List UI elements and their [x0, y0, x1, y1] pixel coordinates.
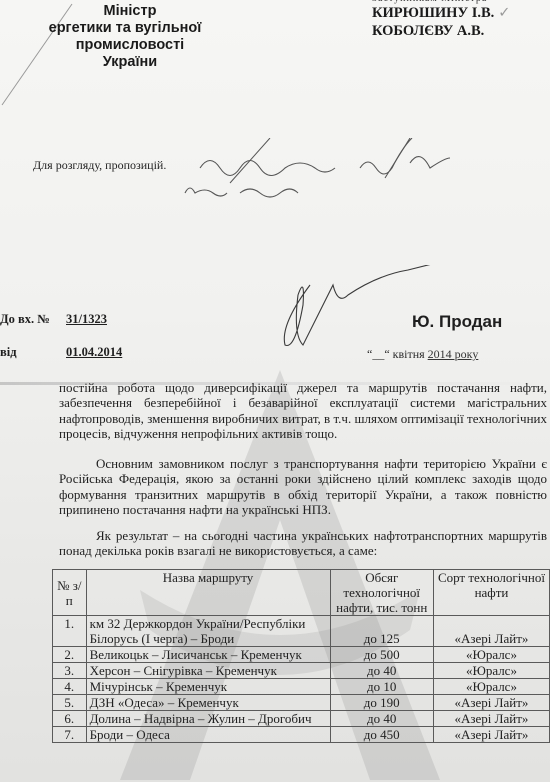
header-sort: Сорт технологічної нафти	[433, 570, 549, 616]
header-volume: Обсяг технологічної нафти, тис. тонн	[330, 570, 433, 616]
registration-ref: До вх. № 31/1323	[0, 312, 50, 327]
table-header-row: № з/п Назва маршруту Обсяг технологічної…	[53, 570, 550, 616]
ministry-line: України	[50, 54, 210, 71]
addressee-block: Заступникам Міністра КИРЮШИНУ І.В.✓ КОБО…	[372, 0, 510, 40]
header-name: Назва маршруту	[86, 570, 330, 616]
table-row: 4. Мічурінськ – Кременчук до 10 «Юралс»	[53, 679, 550, 695]
body-paragraph-2: Основним замовником послуг з транспортув…	[59, 456, 547, 517]
header-no: № з/п	[53, 570, 87, 616]
table-row: 5. ДЗН «Одеса» – Кременчук до 190 «Азері…	[53, 695, 550, 711]
ministry-header: Міністр ергетики та вугільної промислово…	[50, 3, 210, 71]
registration-date: від 01.04.2014	[0, 345, 17, 360]
handwritten-resolution-icon	[180, 138, 480, 208]
ministry-line: ергетики та вугільної	[40, 20, 210, 37]
ministry-line: Міністр	[50, 3, 210, 20]
table-row: 1. км 32 Держкордон України/Республіки Б…	[53, 616, 550, 647]
ref-label: До вх. №	[0, 312, 50, 326]
body-paragraph-3: Як результат – на сьогодні частина украї…	[59, 528, 547, 559]
document-page: Міністр ергетики та вугільної промислово…	[0, 0, 550, 782]
table-row: 6. Долина – Надвірна – Жулин – Дрогобич …	[53, 711, 550, 727]
date-label: від	[0, 345, 17, 359]
table-row: 2. Великоцьк – Лисичанськ – Кременчук до…	[53, 647, 550, 663]
addressee-name: КИРЮШИНУ І.В.✓	[372, 4, 510, 22]
table-row: 7. Броди – Одеса до 450 «Азері Лайт»	[53, 727, 550, 743]
signature-date: “__“ квітня 2014 року	[367, 347, 478, 362]
addressee-name: КОБОЛЄВУ А.В.	[372, 22, 510, 40]
body-paragraph-1: постійна робота щодо диверсифікації джер…	[59, 380, 547, 441]
signer-name: Ю. Продан	[412, 312, 502, 332]
routes-table: № з/п Назва маршруту Обсяг технологічної…	[52, 569, 550, 743]
ministry-line: промисловості	[50, 37, 210, 54]
signature-icon	[250, 265, 450, 355]
ref-value: 31/1323	[66, 312, 107, 327]
resolution-text: Для розгляду, пропозицій.	[33, 158, 166, 173]
table-row: 3. Херсон – Снігурівка – Кременчук до 40…	[53, 663, 550, 679]
date-value: 01.04.2014	[66, 345, 122, 360]
check-mark-icon: ✓	[498, 5, 510, 21]
